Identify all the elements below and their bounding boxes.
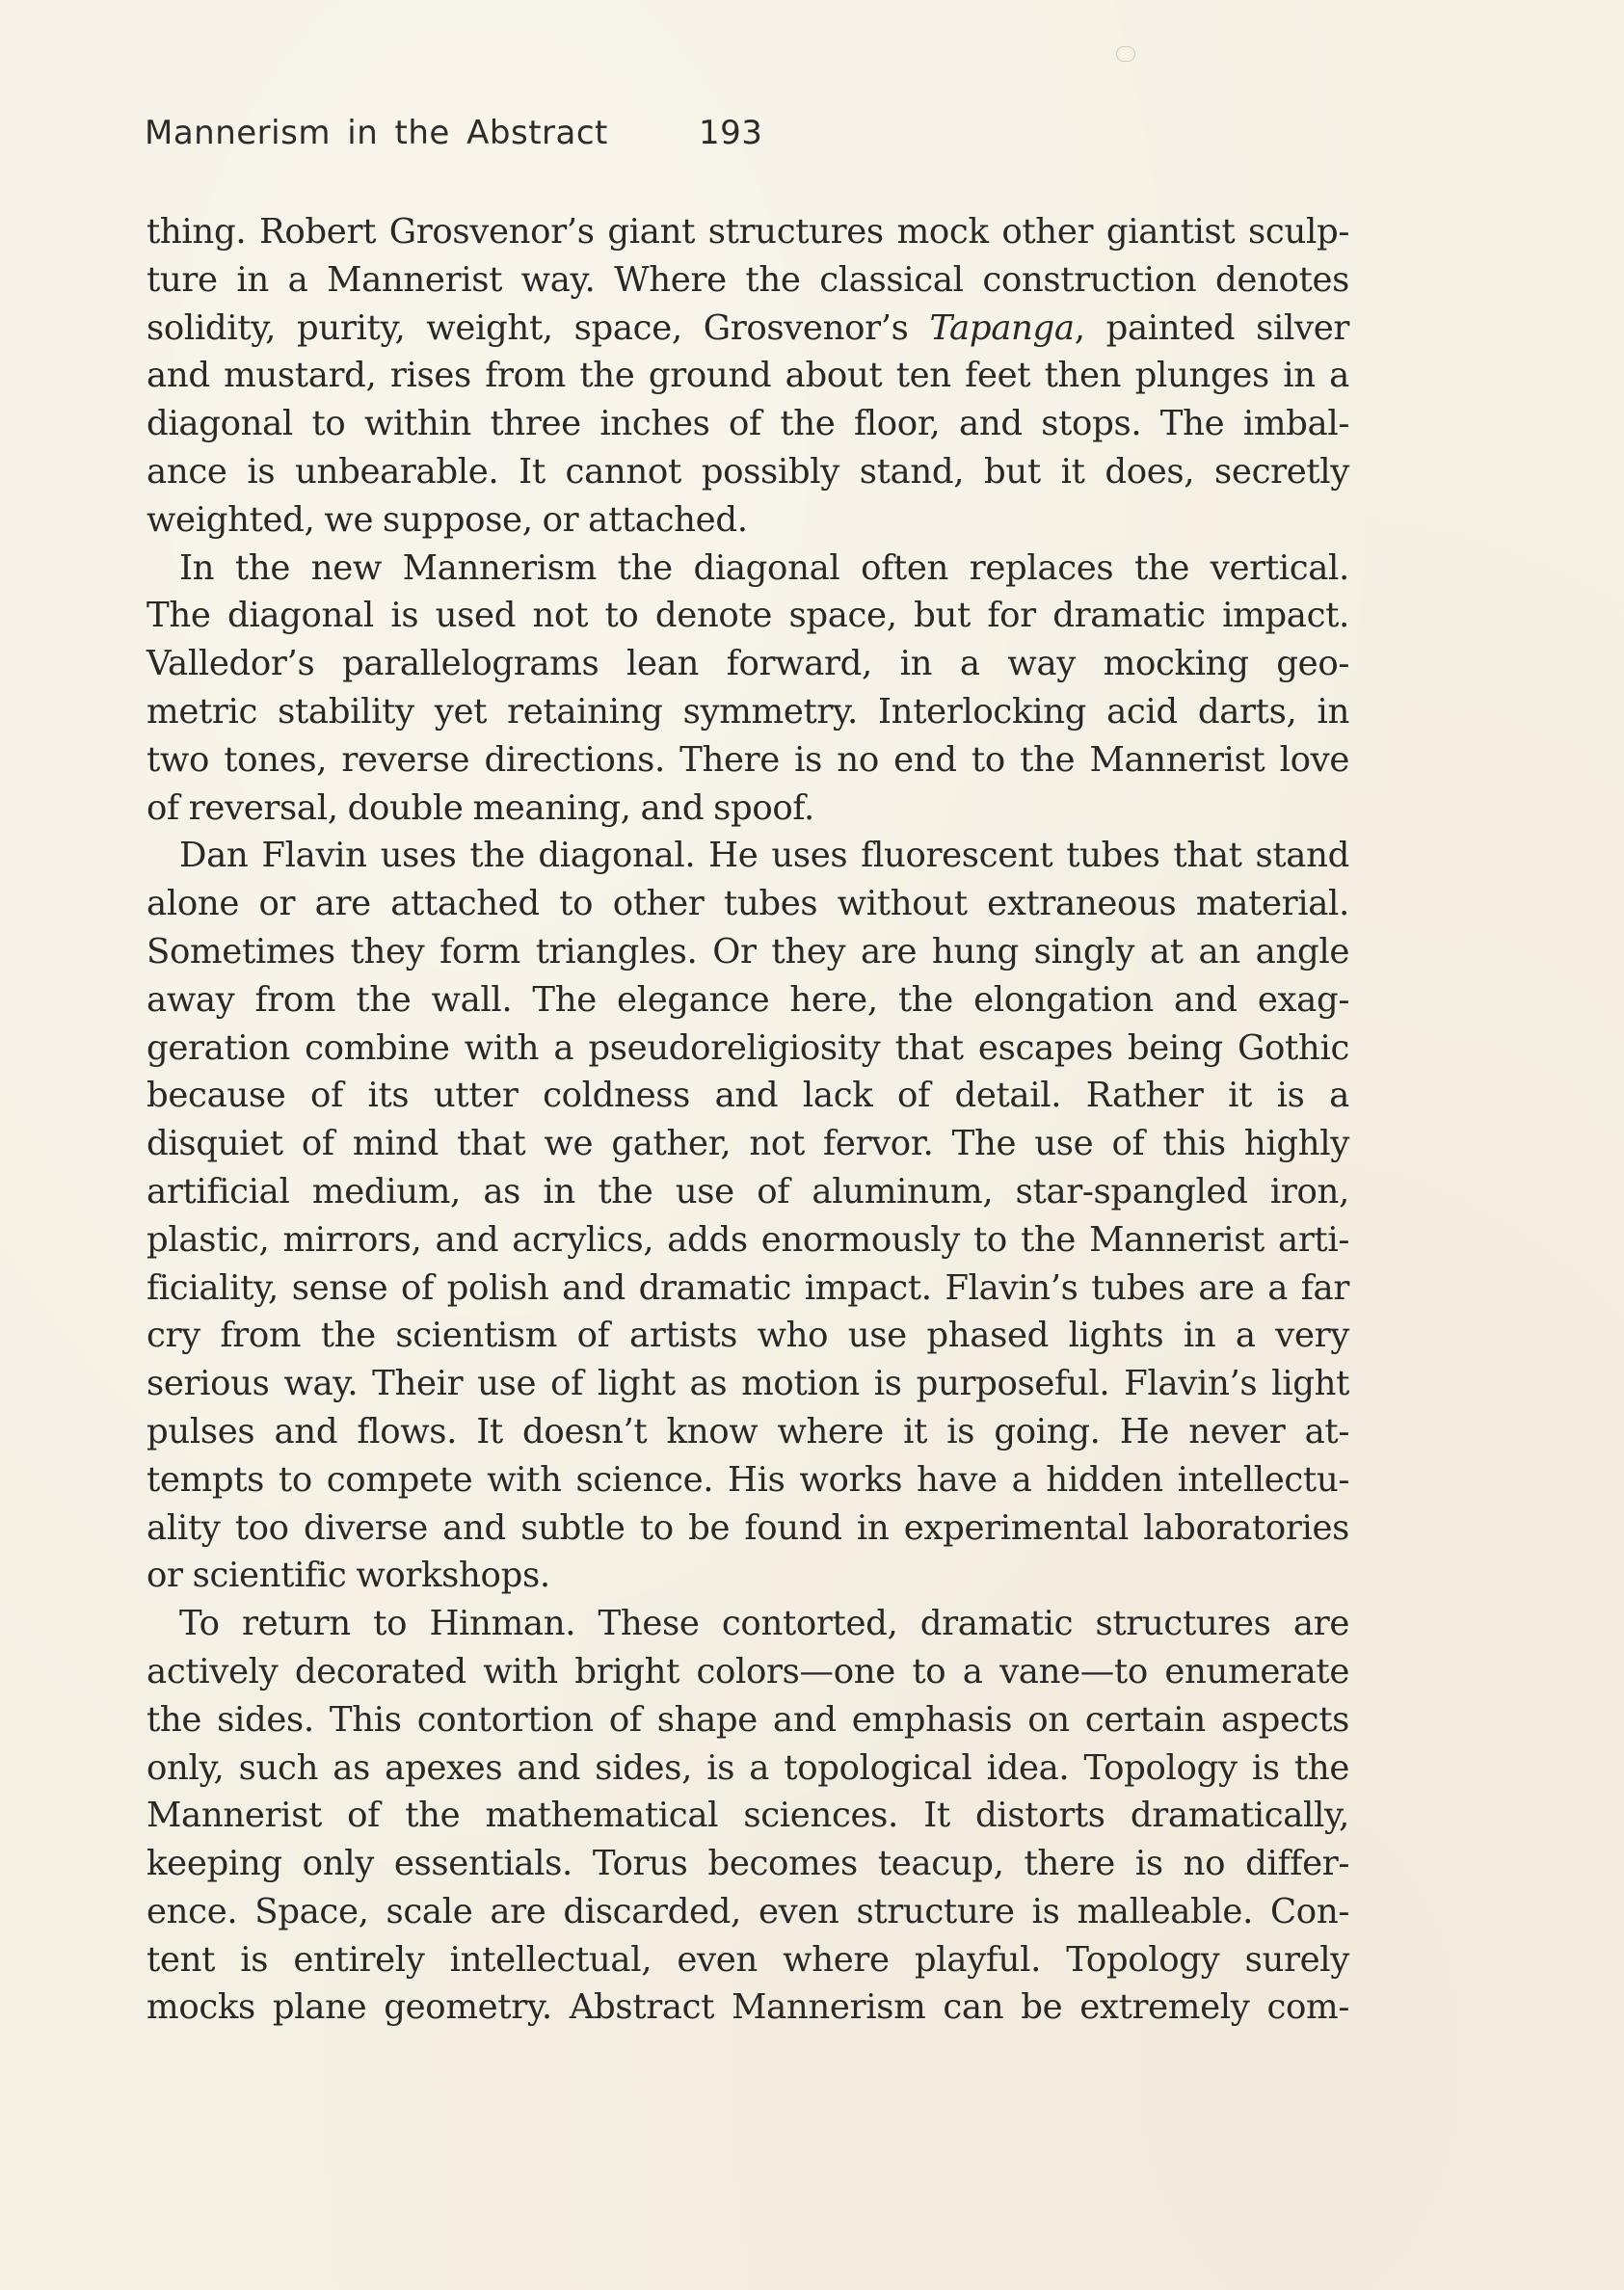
paragraph: Dan Flavin uses the diagonal. He uses fl… [146,832,1349,1600]
text-line: artificial medium, as in the use of alum… [146,1168,1349,1216]
book-page: Mannerism in the Abstract 193 thing. Rob… [0,0,1624,2290]
text-line: To return to Hinman. These contorted, dr… [146,1600,1349,1648]
text-line: tent is entirely intellectual, even wher… [146,1936,1349,1984]
text-line: ence. Space, scale are discarded, even s… [146,1888,1349,1936]
text-line: because of its utter coldness and lack o… [146,1072,1349,1120]
text-line: only, such as apexes and sides, is a top… [146,1744,1349,1793]
text-line: two tones, reverse directions. There is … [146,736,1349,785]
text-line: ance is unbearable. It cannot possibly s… [146,448,1349,496]
text-line: metric stability yet retaining symmetry.… [146,688,1349,736]
italic-title: Tapanga [929,308,1074,348]
paragraph: In the new Mannerism the diagonal often … [146,545,1349,833]
text-line: Sometimes they form triangles. Or they a… [146,928,1349,976]
text-line: mocks plane geometry. Abstract Mannerism… [146,1984,1349,2032]
paragraph: To return to Hinman. These contorted, dr… [146,1600,1349,2032]
text-line: Valledor’s parallelograms lean forward, … [146,640,1349,688]
text-line: alone or are attached to other tubes wit… [146,880,1349,928]
text-line: cry from the scientism of artists who us… [146,1312,1349,1360]
running-head: Mannerism in the Abstract 193 [145,114,800,162]
running-head-title: Mannerism in the Abstract [145,114,608,152]
text-line: of reversal, double meaning, and spoof. [146,785,1349,833]
body-text: thing. Robert Grosvenor’s giant structur… [146,208,1349,2032]
text-line: the sides. This contortion of shape and … [146,1696,1349,1744]
text-line: Dan Flavin uses the diagonal. He uses fl… [146,832,1349,880]
text-line: disquiet of mind that we gather, not fer… [146,1120,1349,1168]
text-line: ality too diverse and subtle to be found… [146,1504,1349,1553]
text-line: thing. Robert Grosvenor’s giant structur… [146,208,1349,256]
text-line: weighted, we suppose, or attached. [146,496,1349,545]
text-line: plastic, mirrors, and acrylics, adds eno… [146,1216,1349,1265]
text-line: away from the wall. The elegance here, t… [146,976,1349,1025]
text-line: ture in a Mannerist way. Where the class… [146,256,1349,305]
text-line: diagonal to within three inches of the f… [146,400,1349,448]
text-line: ficiality, sense of polish and dramatic … [146,1265,1349,1313]
text-line: Mannerist of the mathematical sciences. … [146,1792,1349,1840]
text-line: serious way. Their use of light as motio… [146,1360,1349,1408]
text-line: tempts to compete with science. His work… [146,1456,1349,1504]
text-line: The diagonal is used not to denote space… [146,592,1349,640]
text-line: actively decorated with bright colors—on… [146,1648,1349,1696]
text-line: solidity, purity, weight, space, Grosven… [146,305,1349,353]
text-line: and mustard, rises from the ground about… [146,352,1349,400]
text-line: or scientific workshops. [146,1552,1349,1600]
text-line: In the new Mannerism the diagonal often … [146,545,1349,593]
paper-smudge [1116,46,1135,62]
text-line: pulses and flows. It doesn’t know where … [146,1408,1349,1456]
page-number: 193 [699,114,762,152]
paragraph: thing. Robert Grosvenor’s giant structur… [146,208,1349,545]
text-line: keeping only essentials. Torus becomes t… [146,1840,1349,1888]
text-line: geration combine with a pseudoreligiosit… [146,1025,1349,1073]
